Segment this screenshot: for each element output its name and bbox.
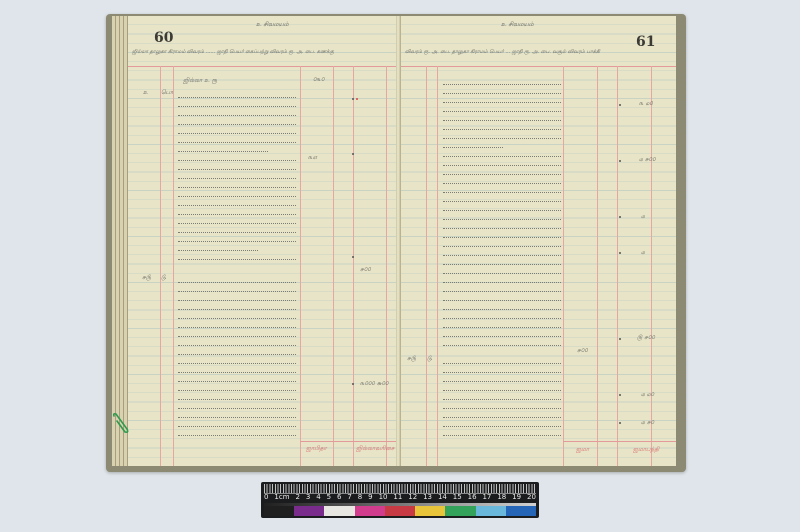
ruler-label: 12 bbox=[408, 493, 417, 502]
column-rule bbox=[386, 66, 387, 466]
ruler-label: 9 bbox=[368, 493, 372, 502]
color-swatch bbox=[415, 506, 445, 516]
amount: ௩௦௦௦ ௬௦௦ bbox=[360, 380, 388, 388]
column-header: ஜில்லா தாலுகா கிராமம் விவரம் ...... ஜாதி… bbox=[132, 49, 394, 55]
color-swatch bbox=[445, 506, 475, 516]
column-rule bbox=[437, 66, 438, 466]
column-rule bbox=[563, 66, 564, 466]
running-head: உ சிவமயம் bbox=[256, 21, 289, 29]
running-head: உ சிவமயம் bbox=[501, 21, 534, 29]
ruler-label: 0 bbox=[264, 493, 268, 502]
ruler-label: 17 bbox=[482, 493, 491, 502]
entry-code: டு bbox=[427, 354, 432, 363]
entry-date: ௪௫ bbox=[407, 354, 416, 363]
column-rule bbox=[160, 66, 161, 466]
column-rule bbox=[353, 66, 354, 466]
total: ஜாபிதா bbox=[306, 445, 327, 453]
column-rule bbox=[300, 66, 301, 466]
column-rule bbox=[597, 66, 598, 466]
color-swatch bbox=[385, 506, 415, 516]
column-rule bbox=[333, 66, 334, 466]
page-edges bbox=[112, 16, 128, 466]
ruler-label: 14 bbox=[438, 493, 447, 502]
column-rule bbox=[651, 66, 652, 466]
header-rule bbox=[401, 66, 676, 67]
amount: ௰ ௰௦ bbox=[641, 391, 654, 399]
total: ஜமாபந்தி bbox=[633, 446, 659, 454]
color-swatch bbox=[324, 506, 354, 516]
entry-code: டு bbox=[161, 273, 166, 282]
ruler-label: 15 bbox=[453, 493, 462, 502]
color-swatches bbox=[264, 506, 536, 516]
left-page: உ சிவமயம் 60 ஜில்லா தாலுகா கிராமம் விவரம… bbox=[128, 16, 396, 466]
color-swatch bbox=[506, 506, 536, 516]
ruler-labels: 0 1cm 2 3 4 5 6 7 8 9 10 11 12 13 14 15 … bbox=[264, 493, 536, 502]
column-rule bbox=[426, 66, 427, 466]
paperclip-icon bbox=[112, 412, 130, 436]
ruler-label: 5 bbox=[327, 493, 331, 502]
page-number: 60 bbox=[154, 30, 173, 46]
ruler-label: 16 bbox=[468, 493, 477, 502]
amount: ௫ ௪௦௦ bbox=[637, 334, 655, 342]
header-rule bbox=[128, 66, 396, 67]
ruler-label: 10 bbox=[379, 493, 388, 502]
ruler-label: 1cm bbox=[274, 493, 289, 502]
color-swatch bbox=[355, 506, 385, 516]
column-rule bbox=[173, 66, 174, 466]
column-header: விவரம் ரூ. அ. பை. தாலுகா கிராமம் பெயர் .… bbox=[405, 49, 671, 55]
column-rule bbox=[617, 66, 618, 466]
amount: ௪௦௦ bbox=[360, 266, 371, 274]
amount: ௰ bbox=[641, 249, 645, 257]
ruler-label: 7 bbox=[347, 493, 351, 502]
entry-date: ௪௫ bbox=[142, 273, 151, 282]
entry-heading: ஜில்லா உ ரூ bbox=[183, 76, 217, 85]
amount: ௪௦௦ bbox=[577, 347, 588, 355]
ruler-label: 20 bbox=[527, 493, 536, 502]
ruler-label: 19 bbox=[512, 493, 521, 502]
amount: ௩ ௰௦ bbox=[639, 100, 653, 108]
amount: ௦௩௦ bbox=[313, 76, 324, 84]
color-swatch bbox=[264, 506, 294, 516]
amount: ௰ bbox=[641, 213, 645, 221]
color-checker-ruler: 0 1cm 2 3 4 5 6 7 8 9 10 11 12 13 14 15 … bbox=[261, 482, 539, 518]
entry-date: உ bbox=[143, 88, 148, 97]
total-rule bbox=[300, 441, 396, 442]
ruler-label: 18 bbox=[497, 493, 506, 502]
page-number: 61 bbox=[636, 34, 655, 50]
total: ஜில்லாவரிசை bbox=[356, 445, 394, 453]
ruler-label: 3 bbox=[306, 493, 310, 502]
ruler-label: 13 bbox=[423, 493, 432, 502]
color-swatch bbox=[476, 506, 506, 516]
entry-code: பொ bbox=[161, 88, 173, 97]
ruler-label: 4 bbox=[316, 493, 320, 502]
right-page: உ சிவமயம் 61 விவரம் ரூ. அ. பை. தாலுகா கி… bbox=[400, 16, 676, 466]
color-swatch bbox=[294, 506, 324, 516]
ruler-label: 8 bbox=[358, 493, 362, 502]
amount: ௰ ௪௦௦ bbox=[639, 156, 656, 164]
amount: ௰ ௪௦ bbox=[641, 419, 654, 427]
ruler-label: 6 bbox=[337, 493, 341, 502]
ruler-label: 11 bbox=[393, 493, 402, 502]
amount: ௩௭ bbox=[308, 154, 317, 162]
ruler-label: 2 bbox=[295, 493, 299, 502]
total-rule bbox=[563, 441, 676, 442]
total: ஜமா bbox=[576, 446, 589, 454]
